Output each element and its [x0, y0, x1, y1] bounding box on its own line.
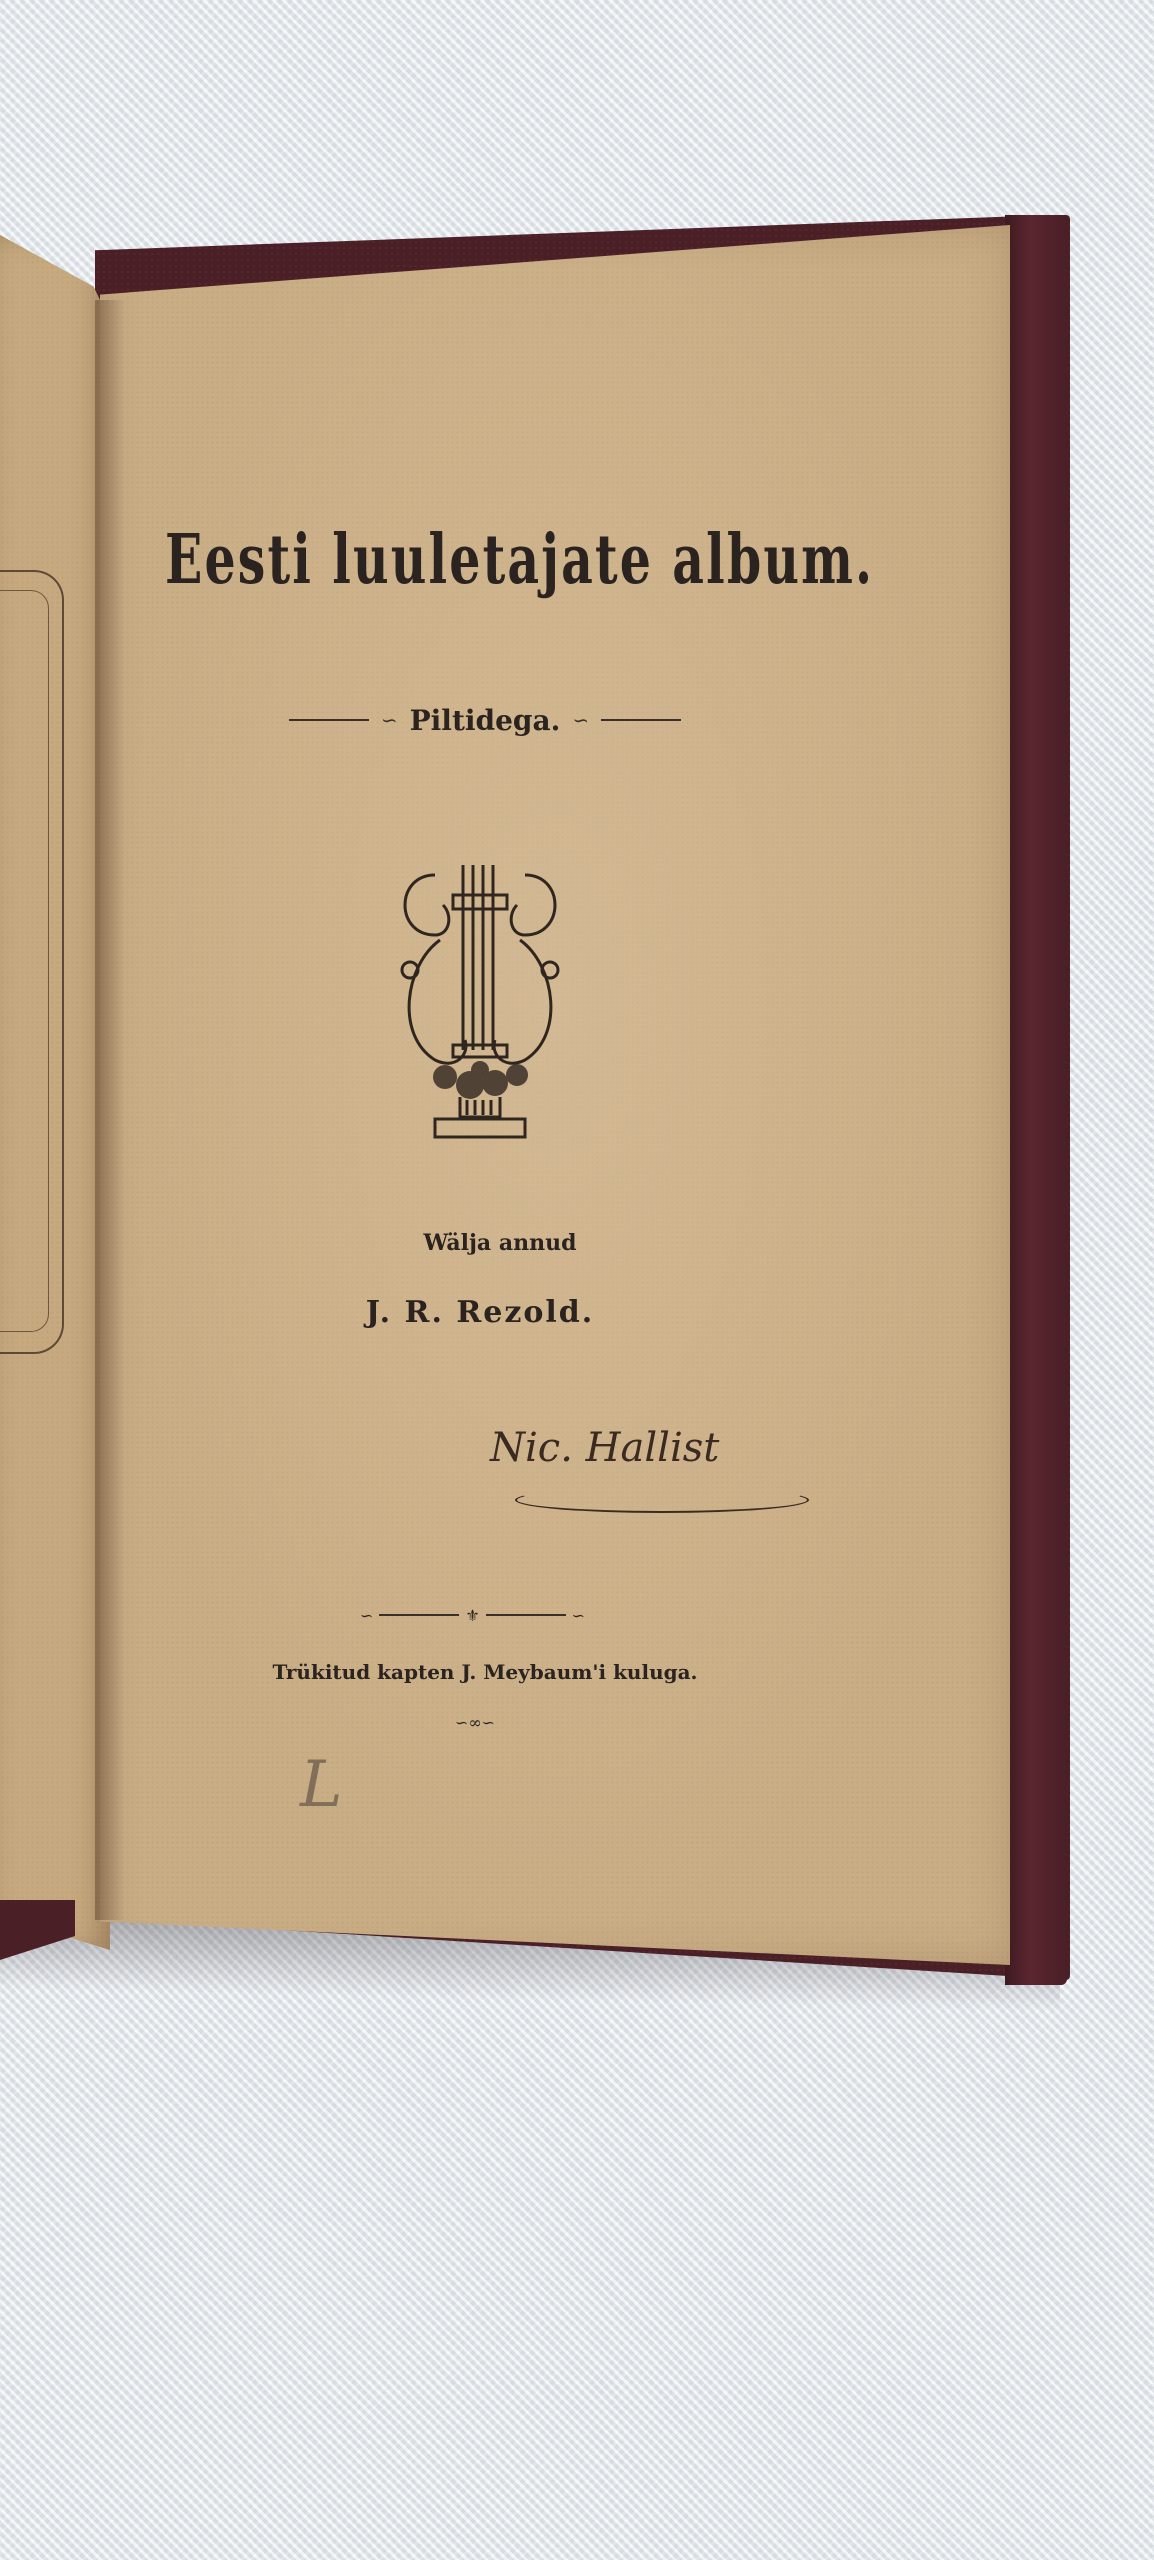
- subtitle-left-rule: [289, 719, 369, 721]
- fleur-de-lis-icon: ⚜: [465, 1606, 479, 1625]
- book-title: Eesti luuletajate album.: [165, 520, 655, 600]
- left-page-frame-inner: [0, 590, 49, 1332]
- lyre-illustration-icon: [375, 845, 585, 1145]
- subtitle-row: ∽ Piltidega. ∽: [285, 700, 685, 740]
- ornament-right-flourish-icon: ∽: [572, 1606, 585, 1625]
- ornament-left-flourish-icon: ∽: [360, 1606, 373, 1625]
- subtitle-left-flourish-icon: ∽: [381, 708, 398, 732]
- printer-bottom-ornament-icon: ∽∞∽: [400, 1710, 550, 1735]
- editor-name: J. R. Rezold.: [340, 1295, 620, 1330]
- ornament-right-rule: [486, 1614, 566, 1616]
- book-cover-edge: [1005, 215, 1067, 1985]
- signature-flourish: [515, 1487, 809, 1513]
- handwritten-signature: Nic. Hallist: [490, 1425, 820, 1471]
- printer-line: Trükitud kapten J. Meybaum'i kuluga.: [255, 1660, 715, 1684]
- printer-top-ornament: ∽ ⚜ ∽: [345, 1600, 600, 1630]
- page-gutter: [95, 300, 125, 1920]
- pencil-mark: L: [300, 1748, 343, 1822]
- ornament-left-rule: [379, 1614, 459, 1616]
- subtitle-right-flourish-icon: ∽: [572, 708, 589, 732]
- subtitle-right-rule: [601, 719, 681, 721]
- subtitle: Piltidega.: [410, 704, 561, 737]
- editor-label: Wälja annud: [400, 1230, 600, 1256]
